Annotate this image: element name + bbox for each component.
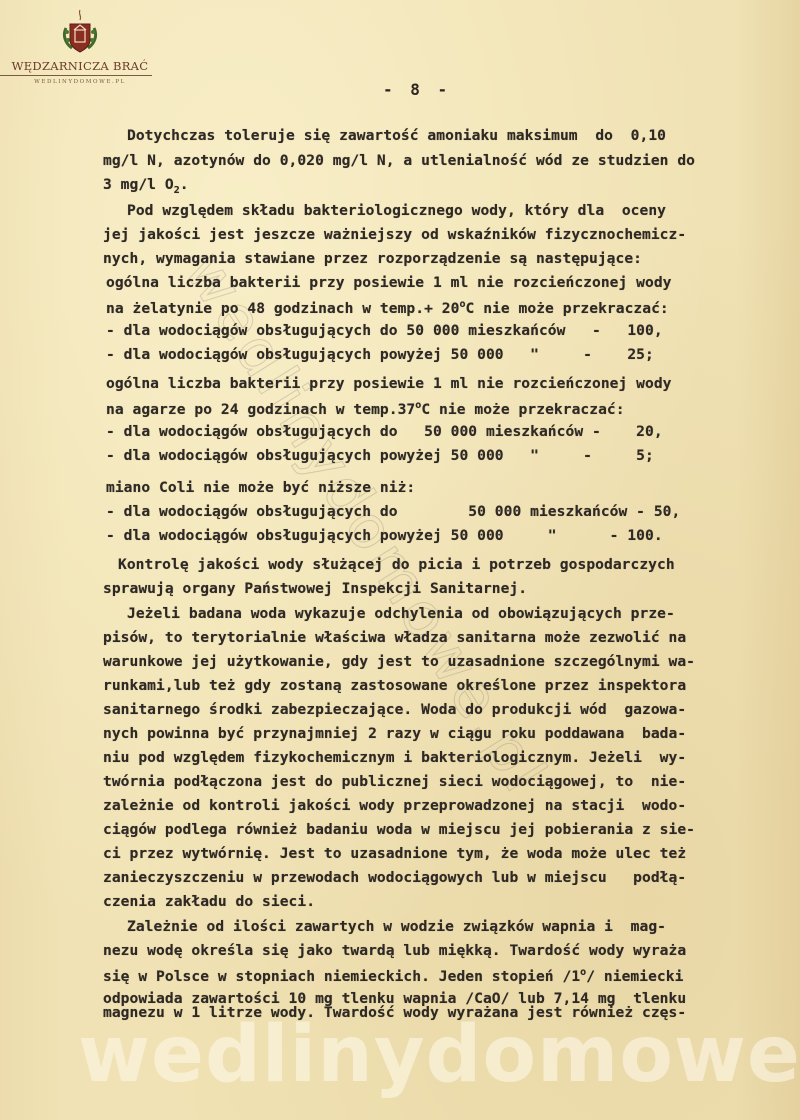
text-line: miano Coli nie może być niższe niż: — [106, 481, 415, 496]
text-line: nezu wodę określa się jako twardą lub mi… — [103, 944, 686, 959]
text-line: zanieczyszczeniu w przewodach wodociągow… — [103, 871, 686, 886]
bottom-watermark: wedlinydomowe.pl — [78, 1010, 800, 1100]
text-fragment: na żelatynie po 48 godzinach w temp.+ 20 — [106, 300, 459, 317]
text-line: - dla wodociągów obsługujących powyżej 5… — [106, 348, 654, 363]
text-line: mg/l N, azotynów do 0,020 mg/l N, a utle… — [103, 154, 695, 169]
text-line: - dla wodociągów obsługujących do 50 000… — [106, 505, 680, 520]
text-line: ciągów podlega również badaniu woda w mi… — [103, 823, 695, 838]
text-line: sprawują organy Państwowej Inspekcji San… — [103, 582, 527, 597]
site-logo: WĘDZARNICZA BRAĆ WEDLINYDOMOWE.PL — [10, 8, 150, 85]
text-line: - dla wodociągów obsługujących powyżej 5… — [106, 529, 663, 544]
text-line: ci przez wytwórnię. Jest to uzasadnione … — [103, 847, 686, 862]
page-number: - 8 - — [383, 80, 451, 99]
brand-divider — [0, 75, 152, 76]
brand-url: WEDLINYDOMOWE.PL — [10, 79, 150, 85]
text-line: Dotychczas toleruje się zawartość amonia… — [127, 129, 666, 144]
text-line: nych powinna być przynajmniej 2 razy w c… — [103, 727, 686, 742]
text-fragment: 3 mg/l O — [103, 176, 174, 193]
text-line: ogólna liczba bakterii przy posiewie 1 m… — [106, 276, 672, 291]
text-fragment: na agarze po 24 godzinach w temp.37 — [106, 401, 415, 418]
text-fragment: . — [180, 176, 189, 193]
text-line: - dla wodociągów obsługujących do 50 000… — [106, 324, 663, 339]
smokehouse-crest-icon — [58, 8, 102, 56]
text-line: niu pod względem fizykochemicznym i bakt… — [103, 751, 686, 766]
text-line: sanitarnego środki zabezpieczające. Woda… — [103, 703, 686, 718]
text-fragment: C nie może przekraczać: — [421, 401, 624, 418]
text-line: Pod względem składu bakteriologicznego w… — [127, 204, 666, 219]
text-line: zależnie od kontroli jakości wody przepr… — [103, 799, 686, 814]
text-line: jej jakości jest jeszcze ważniejszy od w… — [103, 228, 686, 243]
brand-name: WĘDZARNICZA BRAĆ — [10, 59, 150, 73]
text-line: 3 mg/l O2. — [103, 178, 189, 196]
text-line: runkami,lub też gdy zostaną zastosowane … — [103, 679, 686, 694]
text-fragment: / niemiecki — [586, 968, 683, 985]
text-fragment: C nie może przekraczać: — [466, 300, 669, 317]
text-line: się w Polsce w stopniach niemieckich. Je… — [103, 968, 683, 985]
text-line: czenia zakładu do sieci. — [103, 895, 315, 910]
text-line: twórnia podłączona jest do publicznej si… — [103, 775, 686, 790]
text-line: nych, wymagania stawiane przez rozporząd… — [103, 252, 642, 267]
text-line: na agarze po 24 godzinach w temp.37oC ni… — [106, 401, 625, 418]
text-line: warunkowe jej użytkowanie, gdy jest to u… — [103, 655, 695, 670]
text-line: na żelatynie po 48 godzinach w temp.+ 20… — [106, 300, 669, 317]
text-fragment: się w Polsce w stopniach niemieckich. Je… — [103, 968, 580, 985]
text-line: ogólna liczba bakterii przy posiewie 1 m… — [106, 377, 672, 392]
text-line: Kontrolę jakości wody służącej do picia … — [118, 558, 675, 573]
text-line: pisów, to terytorialnie właściwa władza … — [103, 631, 686, 646]
text-line: - dla wodociągów obsługujących do 50 000… — [106, 425, 663, 440]
text-line: Jeżeli badana woda wykazuje odchylenia o… — [127, 607, 675, 622]
text-line: - dla wodociągów obsługujących powyżej 5… — [106, 449, 654, 464]
text-line: Zależnie od ilości zawartych w wodzie zw… — [127, 920, 666, 935]
